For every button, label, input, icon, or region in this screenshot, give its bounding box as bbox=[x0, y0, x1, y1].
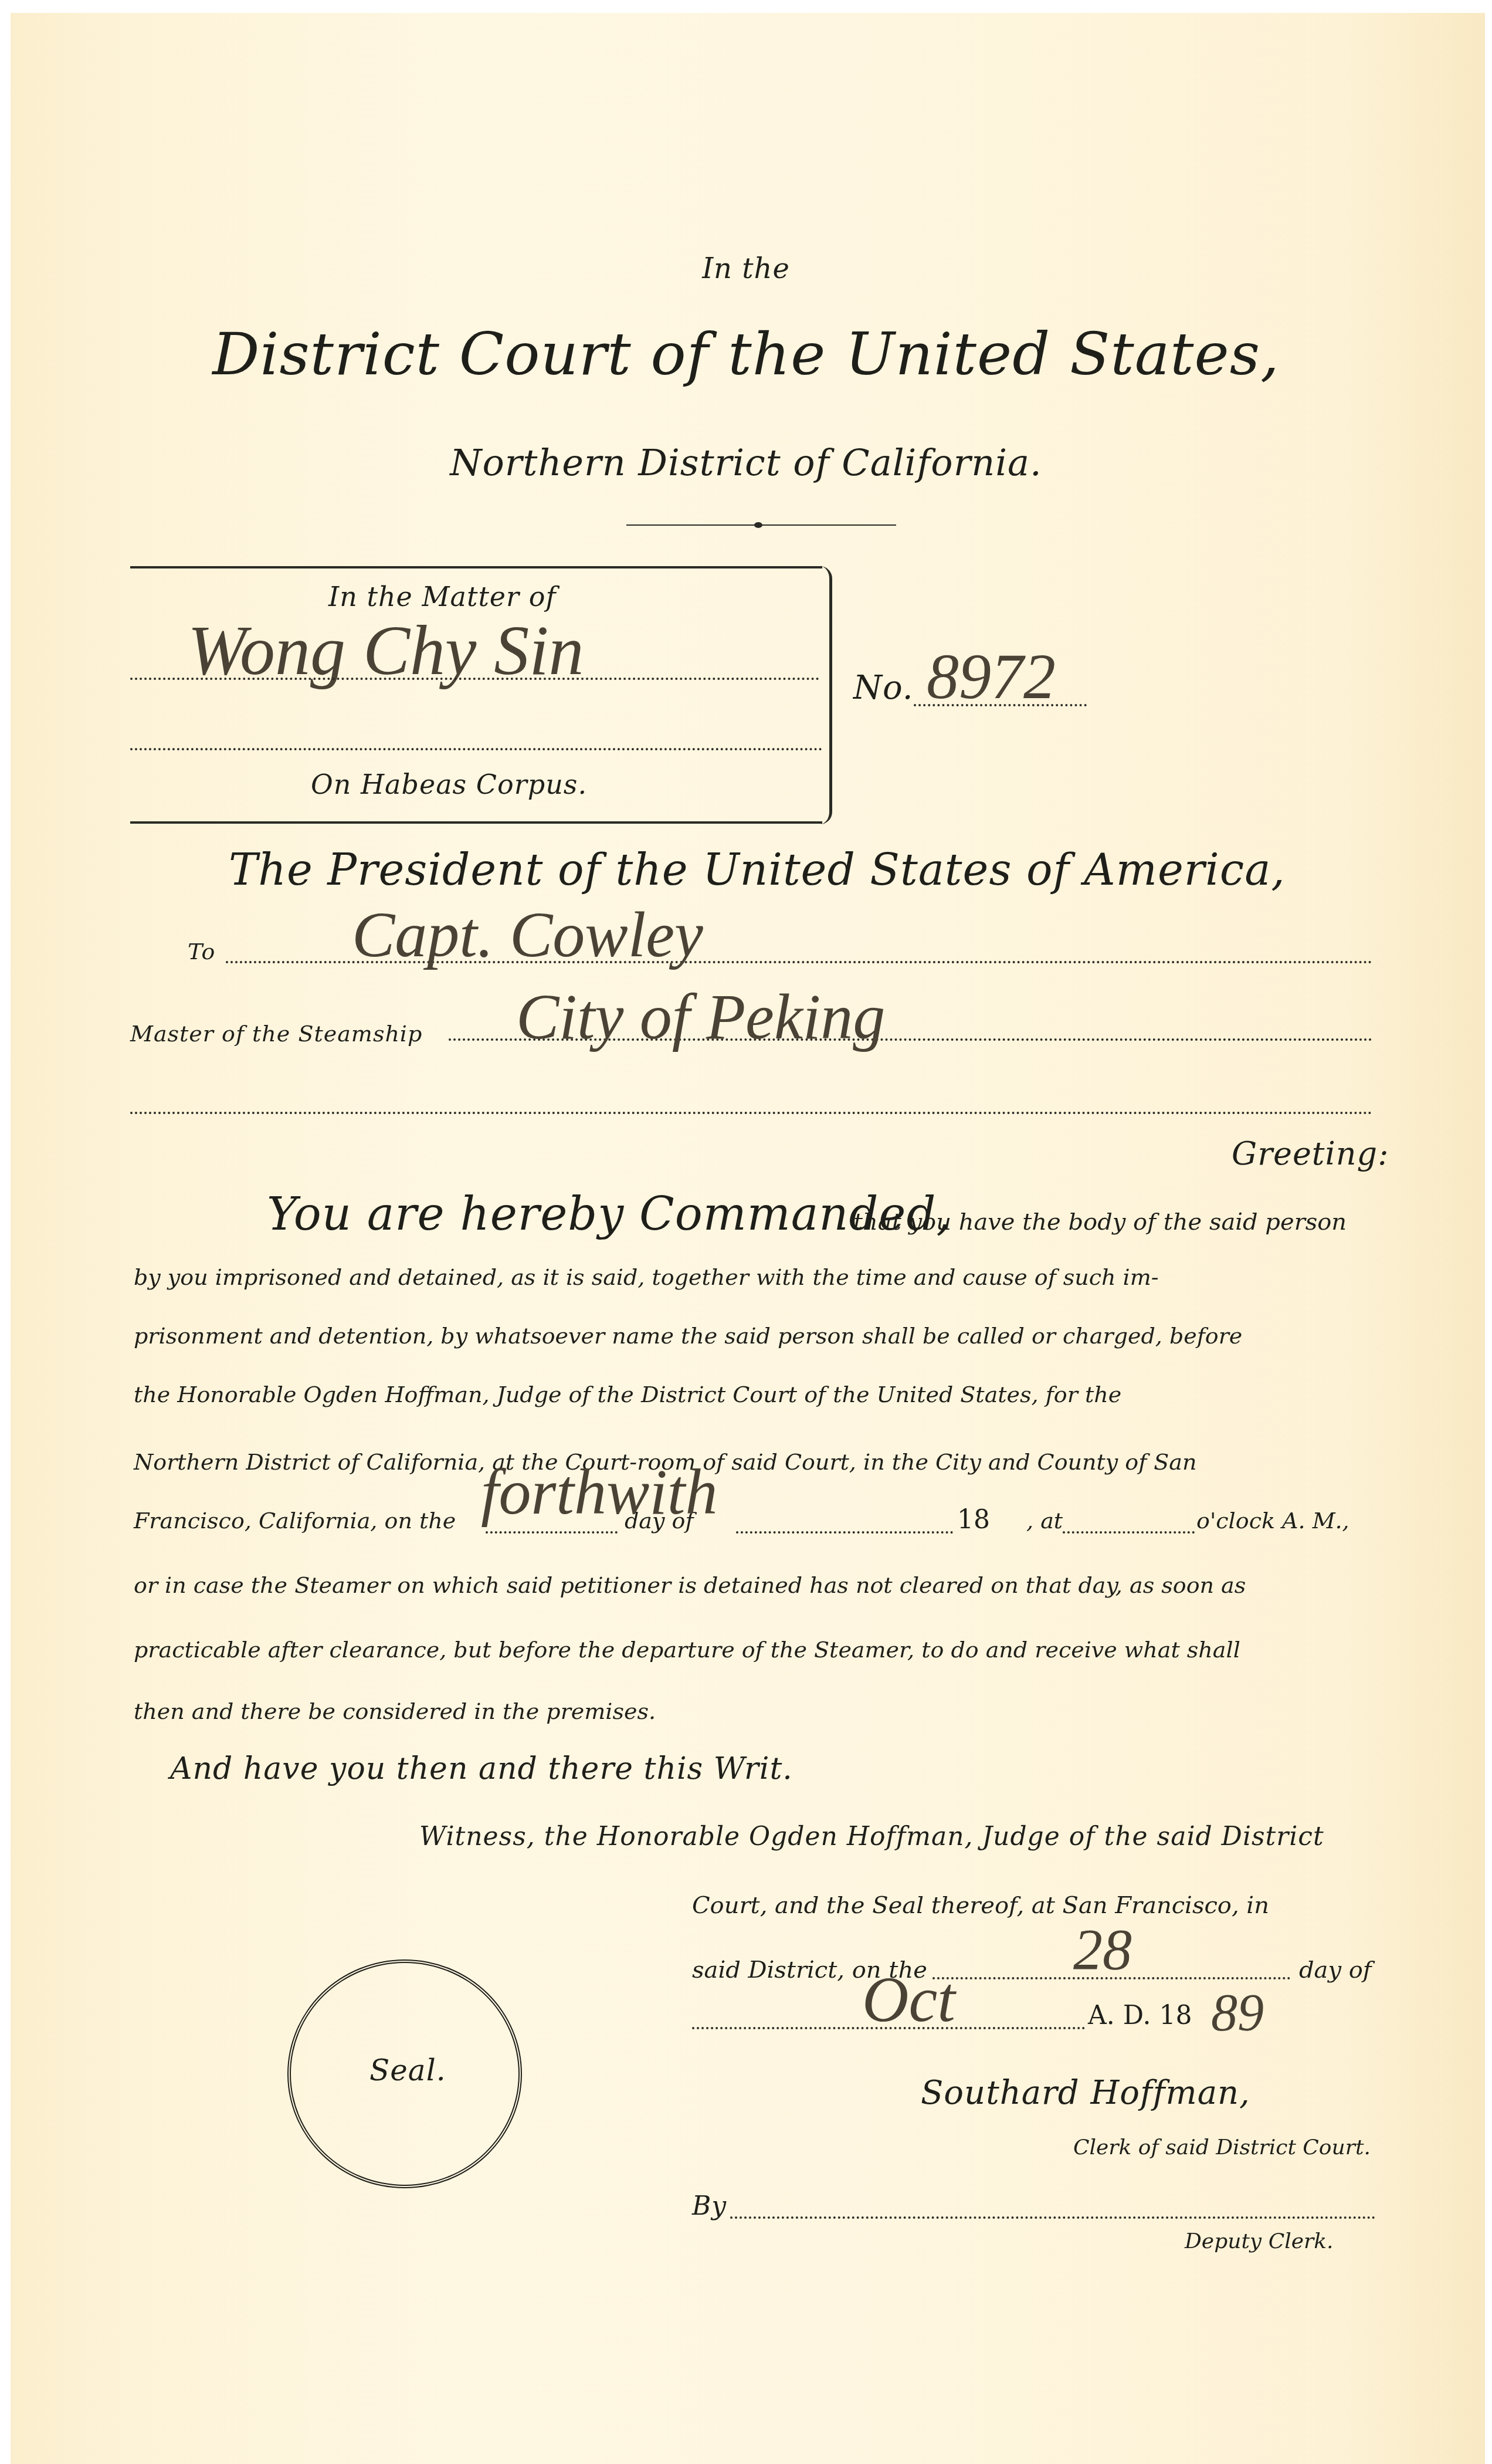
matter-label: In the Matter of bbox=[328, 581, 556, 612]
right-brace bbox=[820, 566, 832, 824]
clerk-name: Southard Hoffman, bbox=[921, 2074, 1250, 2112]
witness-day: 28 bbox=[1073, 1915, 1132, 1983]
preamble: In the bbox=[0, 252, 1492, 285]
command-line-0: that you have the body of the said perso… bbox=[853, 1209, 1347, 1236]
by-label: By bbox=[692, 2191, 727, 2221]
deputy-title: Deputy Clerk. bbox=[1185, 2229, 1333, 2253]
master-label: Master of the Steamship bbox=[130, 1021, 422, 1047]
command-lead: You are hereby Commanded, bbox=[267, 1188, 951, 1241]
time-field-line bbox=[1063, 1531, 1195, 1534]
hearing-date-handwritten: forthwith bbox=[481, 1455, 717, 1529]
command-after-line-1: practicable after clearance, but before … bbox=[134, 1637, 1377, 1663]
witness-line-2: Court, and the Seal thereof, at San Fran… bbox=[692, 1892, 1269, 1919]
witness-line-3-suffix: day of bbox=[1299, 1957, 1372, 1984]
deputy-signature-line[interactable] bbox=[730, 2216, 1375, 2219]
case-number: 8972 bbox=[927, 639, 1056, 714]
petitioner-line-1 bbox=[130, 678, 819, 680]
steamship-name: City of Peking bbox=[516, 980, 885, 1054]
command-line-3: the Honorable Ogden Hoffman, Judge of th… bbox=[134, 1382, 1377, 1407]
court-title: District Court of the United States, bbox=[0, 320, 1492, 388]
greeting: Greeting: bbox=[1232, 1135, 1389, 1172]
date-prefix: Francisco, California, on the bbox=[134, 1508, 456, 1534]
month-field-line bbox=[736, 1531, 953, 1534]
proceeding-label: On Habeas Corpus. bbox=[311, 769, 587, 800]
writ-closing: And have you then and there this Writ. bbox=[170, 1751, 793, 1786]
petitioner-line-2 bbox=[130, 748, 822, 750]
year-label: 18 bbox=[957, 1505, 990, 1535]
day-field-line bbox=[486, 1531, 618, 1534]
ad-label: A. D. 18 bbox=[1088, 2001, 1192, 2030]
to-label: To bbox=[188, 939, 215, 964]
command-after-line-0: or in case the Steamer on which said pet… bbox=[134, 1572, 1377, 1598]
number-label: No. bbox=[853, 669, 914, 707]
command-after-line-2: then and there be considered in the prem… bbox=[134, 1698, 656, 1724]
ornamental-divider bbox=[626, 522, 896, 528]
witness-line-1: Witness, the Honorable Ogden Hoffman, Ju… bbox=[419, 1822, 1324, 1852]
time-label: o'clock A. M., bbox=[1196, 1508, 1349, 1534]
witness-year: 89 bbox=[1211, 1983, 1264, 2043]
at-label: , at bbox=[1026, 1508, 1063, 1534]
command-line-1: by you imprisoned and detained, as it is… bbox=[134, 1264, 1377, 1290]
president-line: The President of the United States of Am… bbox=[229, 845, 1286, 895]
seal-label: Seal. bbox=[369, 2053, 446, 2087]
clerk-title: Clerk of said District Court. bbox=[1073, 2135, 1371, 2160]
district-title: Northern District of California. bbox=[0, 441, 1492, 484]
to-recipient: Capt. Cowley bbox=[352, 898, 703, 972]
command-line-2: prisonment and detention, by whatsoever … bbox=[134, 1323, 1377, 1349]
command-line-4: Northern District of California, at the … bbox=[134, 1449, 1377, 1475]
extra-address-line bbox=[130, 1112, 1372, 1114]
witness-month: Oct bbox=[862, 1962, 955, 2037]
